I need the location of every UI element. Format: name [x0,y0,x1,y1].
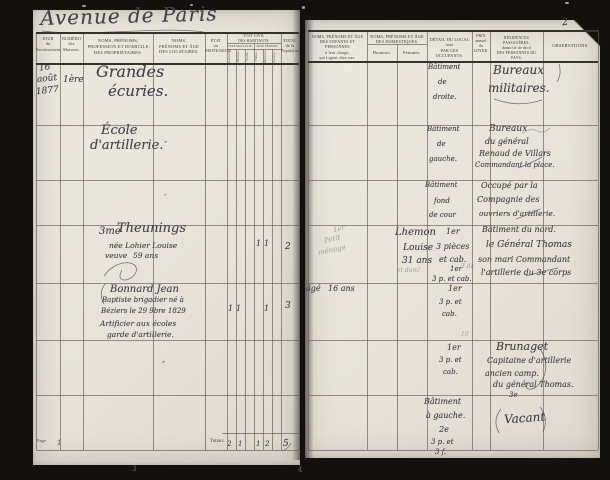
entry-local: de [437,141,446,148]
entry-tenant-detail: 59 ans [133,252,158,260]
entry-local: 3 p. et [431,439,454,446]
grid-hline [36,340,299,341]
header-garcons: Garçons. [227,50,236,63]
entry-local: à gauche. [426,412,465,420]
totals-label: Totaux. [210,439,225,444]
page-label: Page [37,438,46,443]
binding-gutter-shadow [292,10,314,460]
header-hommes: Hommes. [368,50,396,56]
grid-hline [222,433,299,434]
totals-value: 1 [238,441,242,448]
entry-servant: Louise [403,244,433,253]
header-residences: RÉSIDENCES PASSAGÈRES; domicile de droit… [491,36,542,61]
grid-vline [263,49,264,450]
header-sexe-feminin: SEXE FÉMININ. [254,45,281,49]
entry-proprietor: écuries. [108,84,168,99]
entry-residence: du général [485,138,529,146]
grid-hline [308,125,598,126]
entry-local: Bâtiment [428,64,460,71]
grid-hline [36,180,299,181]
grid-hline [36,125,299,126]
entry-local: 1er [448,285,462,293]
entry-local: 3 p. et cab. [432,276,472,283]
entry-local: Bâtiment [425,182,457,189]
grid-hline [36,450,299,451]
grid-hline [308,180,598,181]
grid-vline [397,44,398,450]
header-femmes: Femmes. [398,50,426,56]
grid-hline [36,32,299,34]
dust-speck [302,6,305,9]
entry-local: 2e [439,426,449,434]
header-filles: Filles. [254,50,263,63]
grid-vline [367,30,368,450]
folio-number: 2 [561,18,569,29]
header-locataires: NOMS, PRÉNOMS ET ÂGE DES LOCATAIRES. [154,38,204,55]
grid-vline [598,30,599,450]
totals-grand: 5 [283,440,289,449]
grid-hline [227,49,281,50]
grid-vline [272,49,273,450]
header-observations: OBSERVATIONS. [544,43,597,49]
entry-tenant-detail: Béziers le 29 9bre 1829 [101,308,186,315]
vacant-note: Vacant [504,411,546,426]
grid-vline [254,43,255,450]
entry-residence: militaires. [488,82,550,94]
grid-hline [36,283,299,284]
entry-residence: Bureaux [489,125,527,134]
grid-hline [36,395,299,396]
entry-local: de cour [429,212,456,219]
entry-house-number: 1ère [63,76,84,85]
entry-local: 3 pièces [436,243,469,251]
entry-local: droite. [433,94,456,101]
right-page-sheet [305,20,600,458]
header-etat-profession: ÉTAT ou PROFESSION. [205,38,227,54]
totals-value: 2 [265,441,269,448]
header-enfants: NOMS, PRÉNOMS ET ÂGE DES ENFANTS ET PERS… [309,34,366,60]
scanned-register-photo: JOUR du Recensement. NUMÉRO des Maisons.… [0,0,610,480]
grid-hline [367,44,427,45]
plate-number-mark: 3 [132,465,136,473]
pencil-note: et dom! [397,268,420,274]
grid-hline [308,225,598,226]
entry-local: Bâtiment [424,398,461,406]
entry-local: cab. [443,369,458,376]
grid-hline [308,61,598,63]
grid-vline [236,49,237,450]
grid-vline [308,30,309,450]
entry-tenant-detail: née Lohier Louise [109,242,177,250]
ditto-mark: ″ [164,194,167,202]
entry-residence: Compagnie des [477,196,539,204]
grid-vline [205,32,206,450]
plate-number-mark: 4 [298,466,302,474]
grid-hline [36,225,299,226]
entry-local: Bâtiment [427,126,459,133]
grid-vline [153,32,154,450]
row-total: 2 [285,243,291,252]
header-veufs: Veufs. [245,50,254,63]
entry-local: 3 p. et [439,299,462,306]
grid-vline [281,32,282,450]
grid-vline [60,32,61,450]
entry-residence: ancien camp. [485,370,539,378]
entry-residence: du général Thomas. [493,381,574,389]
grid-hline [308,30,598,32]
ditto-mark: ″ [164,142,167,151]
grid-hline [308,340,598,341]
tally-mark: 1 [264,240,269,248]
entry-tenant-name: Theunings [117,222,186,235]
header-etat-civil: ÉTAT CIVIL DES HABITANTS. [227,34,281,43]
entry-residence: l'artillerie du 3e corps [481,269,571,277]
entry-residence: son mari Commandant [478,256,570,264]
header-sexe-masculin: SEXE MASCULIN. [227,45,254,49]
header-proprietaires: NOMS, PRÉNOMS, PROFESSION ET DOMICILE DE… [84,38,152,56]
entry-tenant-detail: garde d'artillerie. [107,331,174,339]
grid-hline [308,450,598,451]
entry-local: 1er [447,344,461,352]
grid-hline [308,395,598,396]
header-maries: Mariés. [236,50,245,63]
entry-residence: Bureaux [493,64,544,76]
header-prix-loyer: PRIX annuel du LOYER. [472,34,490,54]
header-mariees: Mariées. [263,50,272,63]
entry-residence: Capitaine d'artillerie [487,357,571,365]
entry-tenant-detail: Artificier aux écoles [100,320,176,328]
totals-value: 1 [256,441,260,448]
header-detail-local: DÉTAIL DU LOCAL loué PAR LES OCCUPANTS. [428,37,471,59]
grid-hline [36,63,299,65]
grid-vline [490,30,491,450]
pencil-note: 10 [461,332,469,338]
header-veuves: Veuves. [272,50,281,63]
grid-hline [308,283,598,284]
entry-local: cab. [442,311,457,318]
grid-vline [472,30,473,450]
entry-child-age: 16 ans [328,285,355,293]
entry-local: de [438,79,447,86]
entry-tenant-detail: Baptiste brigadier né à [102,297,184,304]
dust-speck [565,2,569,4]
grid-vline [83,32,84,450]
entry-residence: Bâtiment du nord. [482,226,556,234]
header-numero: NUMÉRO des Maisons. [60,36,83,52]
entry-local: 3 p. et [439,357,462,364]
header-total: TOTAL de la Population. [281,38,299,54]
entry-local: 1er [446,228,460,236]
grid-vline [227,32,228,450]
ditto-mark: ″ [162,362,165,371]
grid-hline [227,43,281,44]
entry-tenant-detail: veuve [105,252,127,260]
grid-vline [543,30,544,450]
grid-vline [36,32,37,450]
entry-servant: Lhemon [395,228,436,238]
grid-vline [299,32,300,450]
tally-mark: 1 [228,305,233,313]
header-jour: JOUR du Recensement. [36,36,60,52]
entry-residence: le Général Thomas [486,241,572,250]
entry-local: fond [434,198,450,205]
grid-vline [427,30,428,450]
row-total: 3 [285,302,291,311]
tally-mark: 1 [264,305,269,313]
street-title: Avenue de Paris [40,3,218,28]
entry-local: gauche. [429,156,457,163]
entry-tenant-name: Bonnard Jean [110,285,179,295]
entry-residence: Brunaget [496,341,548,352]
grid-vline [245,49,246,450]
tally-mark: 1 [256,240,261,248]
